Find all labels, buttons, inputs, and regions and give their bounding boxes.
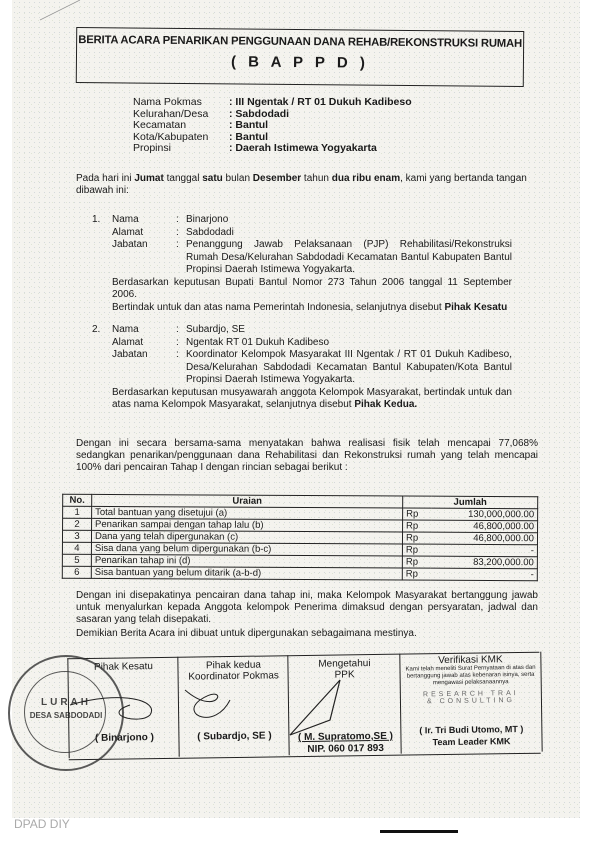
watermark: DPAD DIY: [14, 817, 70, 831]
signature-scribbles: [0, 0, 595, 842]
footer-bar: [380, 830, 458, 833]
